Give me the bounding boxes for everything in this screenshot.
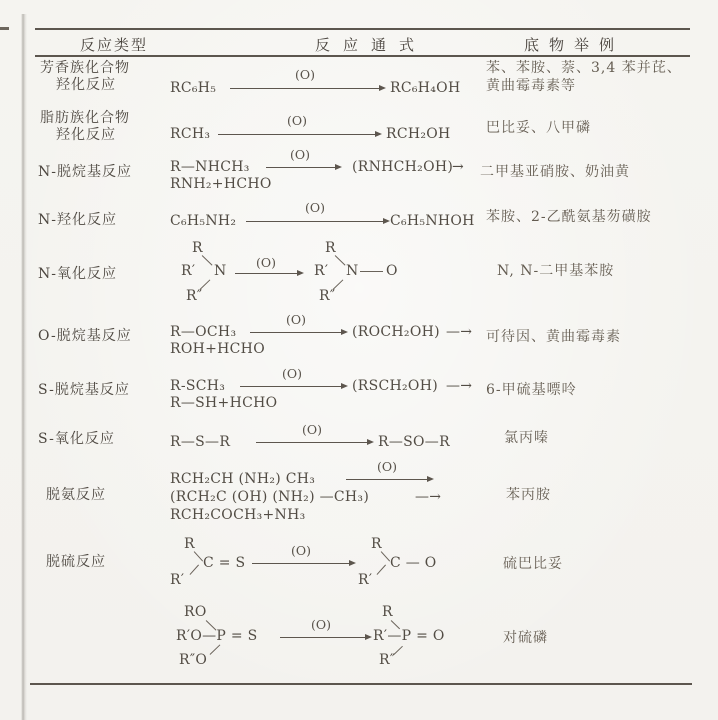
formula-r-group: R [371, 536, 382, 552]
oxidant-label: (O) [282, 366, 302, 381]
formula-r-group: R″O [179, 652, 207, 668]
oxidant-label: (O) [287, 113, 307, 128]
substrate-example: 苯丙胺 [506, 487, 551, 503]
oxidant-label: (O) [295, 67, 315, 82]
formula-reactant: RCH₃ [170, 126, 210, 142]
formula-r-group: R [184, 536, 195, 552]
row-type-label: 羟化反应 [56, 127, 116, 143]
bond-line [194, 551, 204, 561]
bond-line [335, 255, 346, 266]
row-type-label: S-脱烷基反应 [38, 382, 130, 398]
formula-reactant: C₆H₅NH₂ [170, 213, 236, 229]
reaction-arrow [235, 273, 298, 274]
reaction-arrow [256, 442, 368, 443]
formula-product: RC₆H₄OH [390, 80, 460, 96]
bond-line [377, 565, 387, 575]
formula-co-group: C — O [390, 555, 437, 571]
reaction-arrow [246, 221, 384, 222]
formula-reactant: R—S—R [170, 434, 230, 450]
row-type-label: 芳香族化合物 [40, 60, 130, 76]
substrate-example: 氯丙嗪 [504, 430, 549, 446]
row-type-label: N-羟化反应 [38, 212, 117, 228]
reaction-arrow [266, 167, 336, 168]
formula-r-group: R″ [379, 652, 395, 668]
bond-line [210, 644, 221, 655]
formula-r-group: R′ [358, 572, 372, 588]
formula-r-group: R [192, 240, 203, 256]
formula-r-group: R [325, 240, 336, 256]
formula-ps-group: R′O—P = S [176, 628, 258, 644]
formula-intermediate: (RSCH₂OH) [352, 378, 438, 394]
formula-r-group: R′ [170, 572, 184, 588]
reaction-arrow [218, 134, 376, 135]
oxidant-label: (O) [290, 147, 310, 162]
formula-o-atom: O [386, 263, 398, 279]
row-type-label: 脱氨反应 [46, 487, 106, 503]
substrate-example: N, N-二甲基苯胺 [497, 263, 614, 279]
substrate-example: 黄曲霉毒素等 [486, 78, 576, 94]
formula-reactant: RC₆H₅ [170, 80, 216, 96]
formula-reactant: R-SCH₃ [170, 378, 225, 394]
row-type-label: S-氧化反应 [38, 431, 115, 447]
formula-r-group: R′ [181, 263, 195, 279]
oxidant-label: (O) [302, 422, 322, 437]
header-general-formula: 反应通式 [315, 37, 427, 53]
formula-r-group: R″ [319, 288, 335, 304]
formula-tail-arrow: —→ [415, 489, 441, 505]
formula-products: RNH₂+HCHO [170, 176, 272, 192]
formula-intermediate: (ROCH₂OH) [352, 324, 440, 340]
row-type-label: 脱硫反应 [46, 554, 106, 570]
formula-tail-arrow: → [452, 159, 464, 175]
substrate-example: 苯胺、2-乙酰氨基芴磺胺 [486, 209, 652, 225]
formula-intermediate: (RNHCH₂OH) [352, 159, 453, 175]
substrate-example: 硫巴比妥 [503, 556, 563, 572]
header-reaction-type: 反应类型 [80, 37, 148, 53]
reaction-arrow [252, 563, 350, 564]
table-bottom-rule [30, 683, 692, 685]
oxidant-label: (O) [286, 312, 306, 327]
formula-n-atom: N [214, 263, 227, 279]
bond-line [360, 271, 383, 272]
table-top-rule [35, 28, 690, 30]
oxidant-label: (O) [291, 543, 311, 558]
oxidant-label: (O) [377, 459, 397, 474]
row-type-label: O-脱烷基反应 [38, 328, 132, 344]
formula-r-group: R″ [186, 288, 202, 304]
bond-line [381, 551, 391, 561]
table-header-rule [35, 55, 690, 57]
formula-reactant: R—NHCH₃ [170, 159, 250, 175]
row-type-label: 羟化反应 [56, 77, 116, 93]
substrate-example: 二甲基亚硝胺、奶油黄 [480, 164, 630, 180]
formula-tail-arrow: —→ [446, 378, 472, 394]
formula-products: R—SH+HCHO [170, 395, 277, 411]
row-type-label: N-氧化反应 [38, 266, 117, 282]
formula-product: R—SO—R [378, 434, 450, 450]
formula-reactant: RCH₂CH (NH₂) CH₃ [170, 471, 315, 487]
formula-reactant: R—OCH₃ [170, 324, 236, 340]
scanned-page: 反应类型 反应通式 底物举例 芳香族化合物 羟化反应 RC₆H₅ (O) RC₆… [0, 0, 718, 720]
formula-r-group: RO [184, 604, 207, 620]
reaction-arrow [250, 332, 342, 333]
substrate-example: 可待因、黄曲霉毒素 [486, 329, 621, 345]
formula-tail-arrow: —→ [446, 324, 472, 340]
substrate-example: 巴比妥、八甲磷 [486, 120, 591, 136]
formula-cs-group: C = S [203, 555, 245, 571]
oxidant-label: (O) [305, 200, 325, 215]
substrate-example: 6-甲硫基嘌呤 [486, 382, 577, 398]
row-type-label: N-脱烷基反应 [38, 164, 132, 180]
formula-products: ROH+HCHO [170, 341, 265, 357]
substrate-example: 对硫磷 [503, 630, 548, 646]
formula-r-group: R′ [314, 263, 328, 279]
formula-intermediate: (RCH₂C (OH) (NH₂) —CH₃) [170, 489, 369, 505]
reaction-arrow [346, 479, 428, 480]
formula-product: RCH₂OH [386, 126, 451, 142]
scan-gutter-shadow [21, 14, 27, 720]
scan-edge-mark [0, 27, 9, 30]
formula-n-atom: N [346, 263, 359, 279]
bond-line [190, 565, 200, 575]
row-type-label: 脂肪族化合物 [40, 110, 130, 126]
oxidant-label: (O) [256, 255, 276, 270]
bond-line [202, 255, 213, 266]
formula-r-group: R [382, 604, 393, 620]
reaction-arrow [240, 386, 342, 387]
formula-products: RCH₂COCH₃+NH₃ [170, 507, 306, 523]
oxidant-label: (O) [311, 617, 331, 632]
header-substrate-examples: 底物举例 [524, 37, 624, 53]
reaction-arrow [280, 637, 366, 638]
substrate-example: 苯、苯胺、萘、3,4 苯并芘、 [486, 60, 682, 76]
formula-po-group: R′—P = O [373, 628, 445, 644]
reaction-arrow [230, 88, 380, 89]
formula-product: C₆H₅NHOH [390, 213, 475, 229]
